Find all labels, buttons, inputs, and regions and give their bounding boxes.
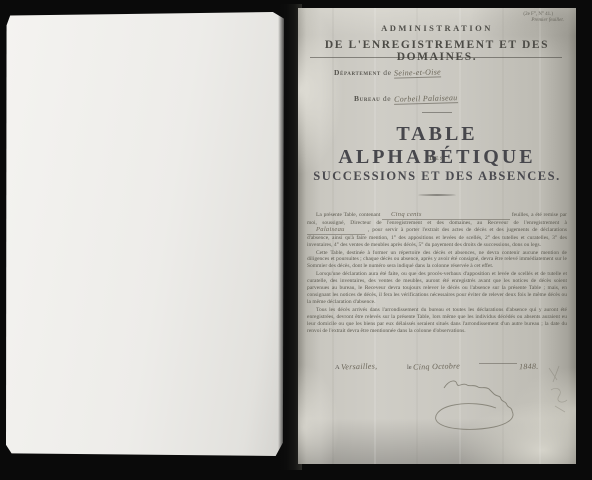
receveur-place-handwritten: Palaiseau bbox=[307, 227, 365, 235]
director-signature bbox=[416, 374, 546, 436]
instructions-text: La présente Table, contenant Cinq cents … bbox=[307, 212, 567, 335]
paragraph-3: Lorsqu'une déclaration aura été faite, o… bbox=[307, 271, 567, 306]
page-subtitle: SUCCESSIONS ET DES ABSENCES. bbox=[298, 169, 576, 184]
pencil-marks bbox=[543, 364, 577, 414]
title-divider-rule bbox=[418, 194, 456, 196]
bureau-label: Bureau bbox=[354, 94, 380, 103]
header-rule bbox=[310, 57, 562, 58]
administration-heading: ADMINISTRATION bbox=[298, 23, 576, 33]
year-handwritten: 1848. bbox=[519, 362, 539, 372]
at-label: A bbox=[335, 364, 339, 371]
section-divider-rule bbox=[422, 112, 452, 113]
bureau-de: de bbox=[383, 94, 391, 103]
le-label: le bbox=[407, 364, 412, 371]
paragraph-1-text-a: La présente Table, contenant bbox=[316, 212, 380, 218]
enregistrement-domaines-heading: DE L'ENREGISTREMENT ET DES DOMAINES. bbox=[298, 39, 576, 63]
paragraph-2: Cette Table, destinée à former un répert… bbox=[307, 250, 567, 271]
scanned-register-image: (2e F°, N° 41.) Premier feuillet. ADMINI… bbox=[0, 0, 592, 480]
bureau-line: Bureau de Corbeil Palaiseau bbox=[354, 94, 457, 104]
date-handwritten: Cinq Octobre bbox=[413, 361, 460, 371]
date-filler-dash bbox=[479, 363, 517, 364]
sheet-count-handwritten: Cinq cents bbox=[382, 212, 510, 220]
page-title: TABLE ALPHABÉTIQUE bbox=[298, 123, 576, 169]
departement-line: Département de Seine-et-Oise bbox=[334, 68, 441, 78]
document-title-page: (2e F°, N° 41.) Premier feuillet. ADMINI… bbox=[298, 8, 576, 464]
bureau-handwritten-value: Corbeil Palaiseau bbox=[394, 93, 458, 105]
departement-label: Département bbox=[334, 68, 381, 77]
page-title-des: DES bbox=[298, 156, 576, 162]
place-handwritten: Versailles, bbox=[341, 362, 378, 372]
date-segment: le Cinq Octobre bbox=[407, 362, 460, 371]
place-segment: A Versailles, bbox=[335, 362, 377, 371]
paragraph-1: La présente Table, contenant Cinq cents … bbox=[307, 212, 567, 249]
left-blank-page bbox=[6, 12, 284, 456]
departement-handwritten-value: Seine-et-Oise bbox=[394, 67, 441, 78]
paragraph-4: Tous les décès arrivés dans l'arrondisse… bbox=[307, 307, 567, 335]
departement-de: de bbox=[383, 68, 391, 77]
